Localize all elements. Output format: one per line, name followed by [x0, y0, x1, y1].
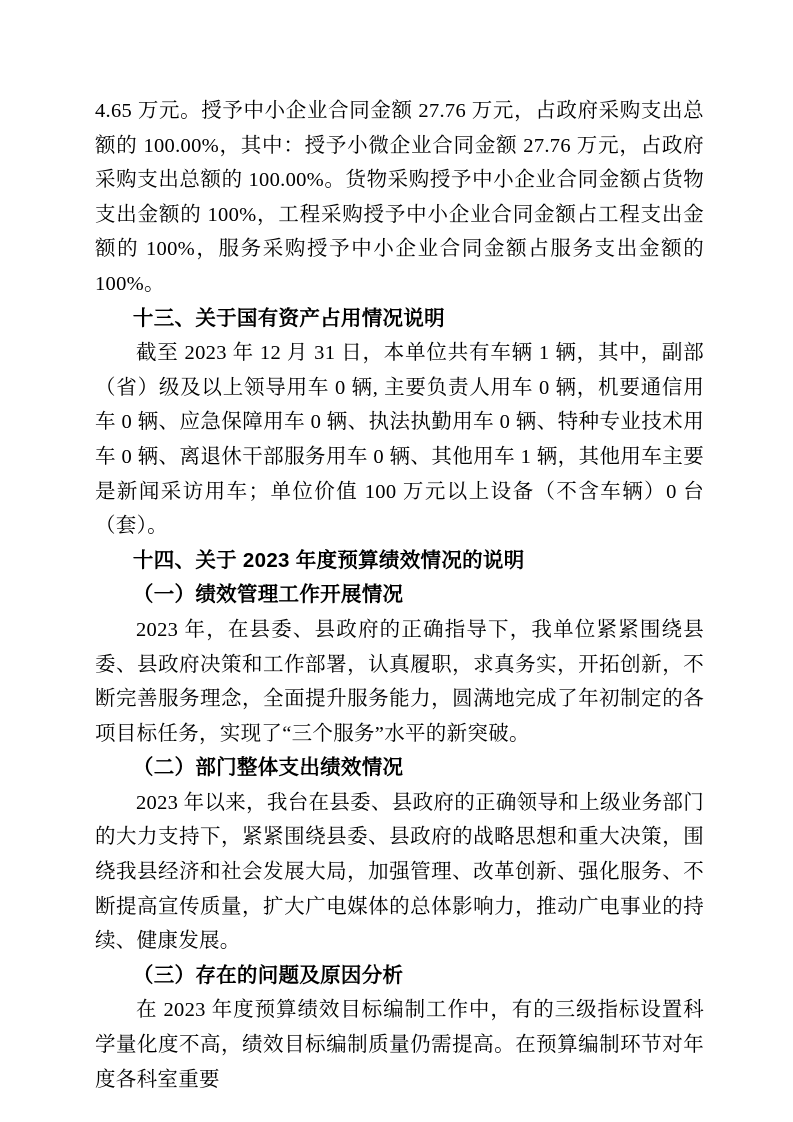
document-content: 4.65 万元。授予中小企业合同金额 27.76 万元，占政府采购支出总额的 1…	[95, 94, 704, 1097]
paragraph-vehicles-equipment: 截至 2023 年 12 月 31 日，本单位共有车辆 1 辆，其中，副部（省）…	[95, 336, 704, 544]
paragraph-procurement-smes: 4.65 万元。授予中小企业合同金额 27.76 万元，占政府采购支出总额的 1…	[95, 94, 704, 302]
section-heading-14-budget-performance: 十四、关于 2023 年度预算绩效情况的说明	[95, 544, 704, 579]
paragraph-problems-analysis: 在 2023 年度预算绩效目标编制工作中，有的三级指标设置科学量化度不高，绩效目…	[95, 993, 704, 1097]
subsection-heading-2-department-expenditure: （二）部门整体支出绩效情况	[95, 751, 704, 786]
section-heading-13-state-assets: 十三、关于国有资产占用情况说明	[95, 302, 704, 337]
paragraph-performance-management: 2023 年，在县委、县政府的正确指导下，我单位紧紧围绕县委、县政府决策和工作部…	[95, 613, 704, 751]
document-page: 4.65 万元。授予中小企业合同金额 27.76 万元，占政府采购支出总额的 1…	[0, 0, 793, 1122]
paragraph-department-expenditure: 2023 年以来，我台在县委、县政府的正确领导和上级业务部门的大力支持下，紧紧围…	[95, 786, 704, 959]
subsection-heading-1-performance-management: （一）绩效管理工作开展情况	[95, 578, 704, 613]
subsection-heading-3-problems-analysis: （三）存在的问题及原因分析	[95, 959, 704, 994]
